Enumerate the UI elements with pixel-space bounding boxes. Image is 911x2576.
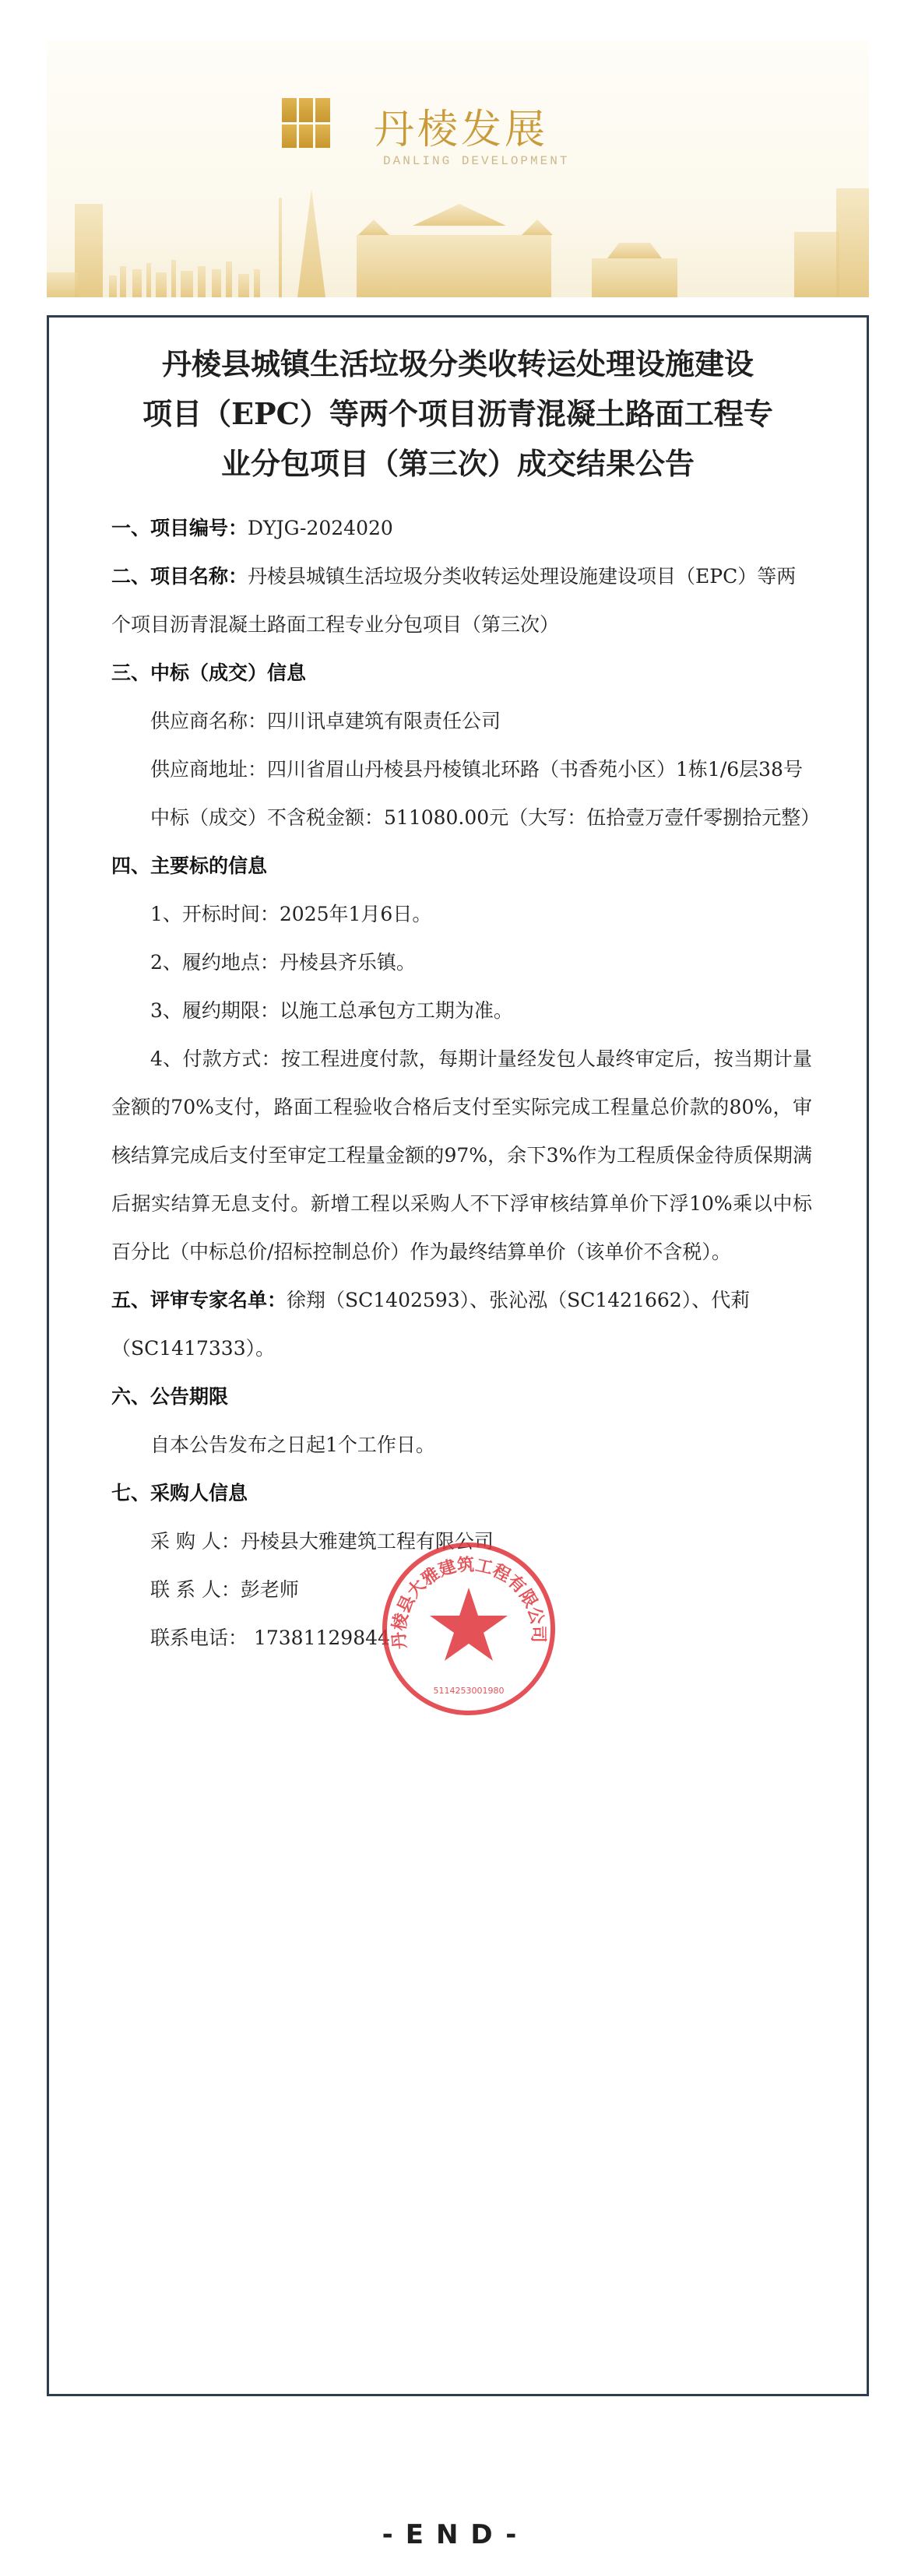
page-title: 丹棱县城镇生活垃圾分类收转运处理设施建设 项目（EPC）等两个项目沥青混凝土路面… [49,339,867,489]
winning-amount: 中标（成交）不含税金额：511080.00元（大写：伍拾壹万壹仟零捌拾元整） [111,794,812,842]
subject-item-location: 2、履约地点：丹棱县齐乐镇。 [111,939,812,987]
project-number: DYJG-2024020 [248,517,393,539]
section-experts: 五、评审专家名单：徐翔（SC1402593）、张沁泓（SC1421662）、代莉… [111,1276,812,1373]
title-line-2: 项目（EPC）等两个项目沥青混凝土路面工程专 [49,389,867,439]
section-heading: 一、项目编号： [111,517,248,539]
svg-text:5114253001980: 5114253001980 [434,1686,505,1696]
section-heading-subject: 四、主要标的信息 [111,842,812,890]
header-banner: 丹棱发展 DANLING DEVELOPMENT [47,40,869,297]
supplier-address: 供应商地址：四川省眉山丹棱县丹棱镇北环路（书香苑小区）1栋1/6层38号 [111,746,812,794]
section-heading-period: 六、公告期限 [111,1373,812,1421]
section-heading-winner: 三、中标（成交）信息 [111,649,812,697]
announcement-body: 一、项目编号：DYJG-2024020 二、项目名称：丹棱县城镇生活垃圾分类收转… [111,504,812,1662]
section-heading: 二、项目名称： [111,565,248,588]
subject-item-period: 3、履约期限：以施工总承包方工期为准。 [111,987,812,1035]
brand-logo-icon [282,98,330,148]
subject-item-opening-time: 1、开标时间：2025年1月6日。 [111,890,812,939]
section-heading-purchaser: 七、采购人信息 [111,1469,812,1518]
announcement-frame: 丹棱县城镇生活垃圾分类收转运处理设施建设 项目（EPC）等两个项目沥青混凝土路面… [47,315,869,2396]
subject-item-payment: 4、付款方式：按工程进度付款，每期计量经发包人最终审定后，按当期计量金额的70%… [111,1035,812,1276]
purchaser-contact: 联 系 人：彭老师 [111,1566,812,1614]
section-project-number: 一、项目编号：DYJG-2024020 [111,504,812,553]
city-skyline-icon [47,188,869,297]
section-heading: 五、评审专家名单： [111,1289,287,1311]
notice-period: 自本公告发布之日起1个工作日。 [111,1421,812,1469]
brand-name: 丹棱发展 [374,97,548,155]
section-project-name: 二、项目名称：丹棱县城镇生活垃圾分类收转运处理设施建设项目（EPC）等两个项目沥… [111,553,812,649]
purchaser-name: 采 购 人：丹棱县大雅建筑工程有限公司 [111,1518,812,1566]
end-marker: -END- [0,2519,911,2550]
supplier-name: 供应商名称：四川讯卓建筑有限责任公司 [111,697,812,746]
title-line-3: 业分包项目（第三次）成交结果公告 [49,439,867,489]
purchaser-phone: 联系电话： 17381129844 [111,1614,812,1662]
title-line-1: 丹棱县城镇生活垃圾分类收转运处理设施建设 [49,339,867,389]
brand-subtitle: DANLING DEVELOPMENT [383,154,569,168]
